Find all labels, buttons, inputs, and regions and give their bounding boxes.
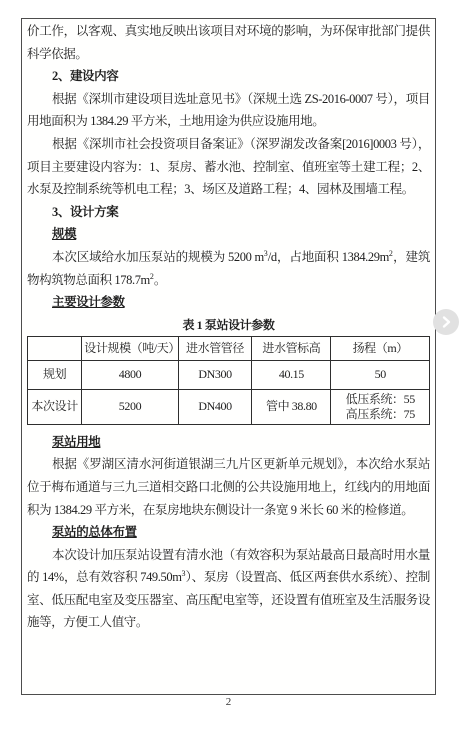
cell-pipe: DN300 (178, 360, 252, 389)
pump-station-parameters-table: 设计规模（吨/天） 进水管管径 进水管标高 扬程（m） 规划 4800 DN30… (27, 336, 430, 425)
header-cell-head: 扬程（m） (331, 336, 430, 360)
heading-overall-layout: 泵站的总体布置 (27, 521, 430, 544)
table-row-planned: 规划 4800 DN300 40.15 50 (28, 360, 430, 389)
cell-row-label: 本次设计 (28, 389, 82, 424)
cell-row-label: 规划 (28, 360, 82, 389)
paragraph-overall-layout: 本次设计加压泵站设置有清水池（有效容积为泵站最高日最高时用水量的 14%，总有效… (27, 544, 430, 634)
header-cell-design-scale: 设计规模（吨/天） (82, 336, 178, 360)
paragraph-site-approval: 根据《深圳市建设项目选址意见书》（深规土选 ZS-2016-0007 号），项目… (27, 88, 430, 133)
document-content-frame: 价工作，以客观、真实地反映出该项目对环境的影响，为环保审批部门提供科学依据。 2… (21, 18, 436, 695)
heading-pump-station-land: 泵站用地 (27, 431, 430, 454)
paragraph-continuation: 价工作，以客观、真实地反映出该项目对环境的影响，为环保审批部门提供科学依据。 (27, 20, 430, 65)
heading-main-design-parameters: 主要设计参数 (27, 291, 430, 314)
cell-head-systems: 低压系统：55 高压系统：75 (331, 389, 430, 424)
paragraph-record-certificate: 根据《深圳市社会投资项目备案证》（深罗湖发改备案[2016]0003 号），项目… (27, 133, 430, 201)
cell-head-high-pressure: 高压系统：75 (333, 407, 427, 422)
heading-construction-content: 2、建设内容 (27, 65, 430, 88)
table-header-row: 设计规模（吨/天） 进水管管径 进水管标高 扬程（m） (28, 336, 430, 360)
page-number: 2 (21, 696, 436, 708)
cell-elevation: 管中 38.80 (252, 389, 331, 424)
next-page-button[interactable] (433, 309, 459, 335)
paragraph-scale: 本次区域给水加压泵站的规模为 5200 m3/d，占地面积 1384.29m2，… (27, 246, 430, 291)
heading-design-scheme: 3、设计方案 (27, 201, 430, 224)
header-cell-blank (28, 336, 82, 360)
header-cell-inlet-pipe-elevation: 进水管标高 (252, 336, 331, 360)
cell-head: 50 (331, 360, 430, 389)
cell-elevation: 40.15 (252, 360, 331, 389)
cell-head-low-pressure: 低压系统：55 (333, 392, 427, 407)
cell-scale: 4800 (82, 360, 178, 389)
header-cell-inlet-pipe-diameter: 进水管管径 (178, 336, 252, 360)
table-row-current-design: 本次设计 5200 DN400 管中 38.80 低压系统：55 高压系统：75 (28, 389, 430, 424)
cell-pipe: DN400 (178, 389, 252, 424)
heading-scale: 规模 (27, 223, 430, 246)
chevron-right-icon (438, 314, 454, 330)
table-caption: 表 1 泵站设计参数 (27, 314, 430, 336)
paragraph-pump-station-land: 根据《罗湖区清水河街道银湖三九片区更新单元规划》，本次给水泵站位于梅布通道与三九… (27, 453, 430, 521)
cell-scale: 5200 (82, 389, 178, 424)
